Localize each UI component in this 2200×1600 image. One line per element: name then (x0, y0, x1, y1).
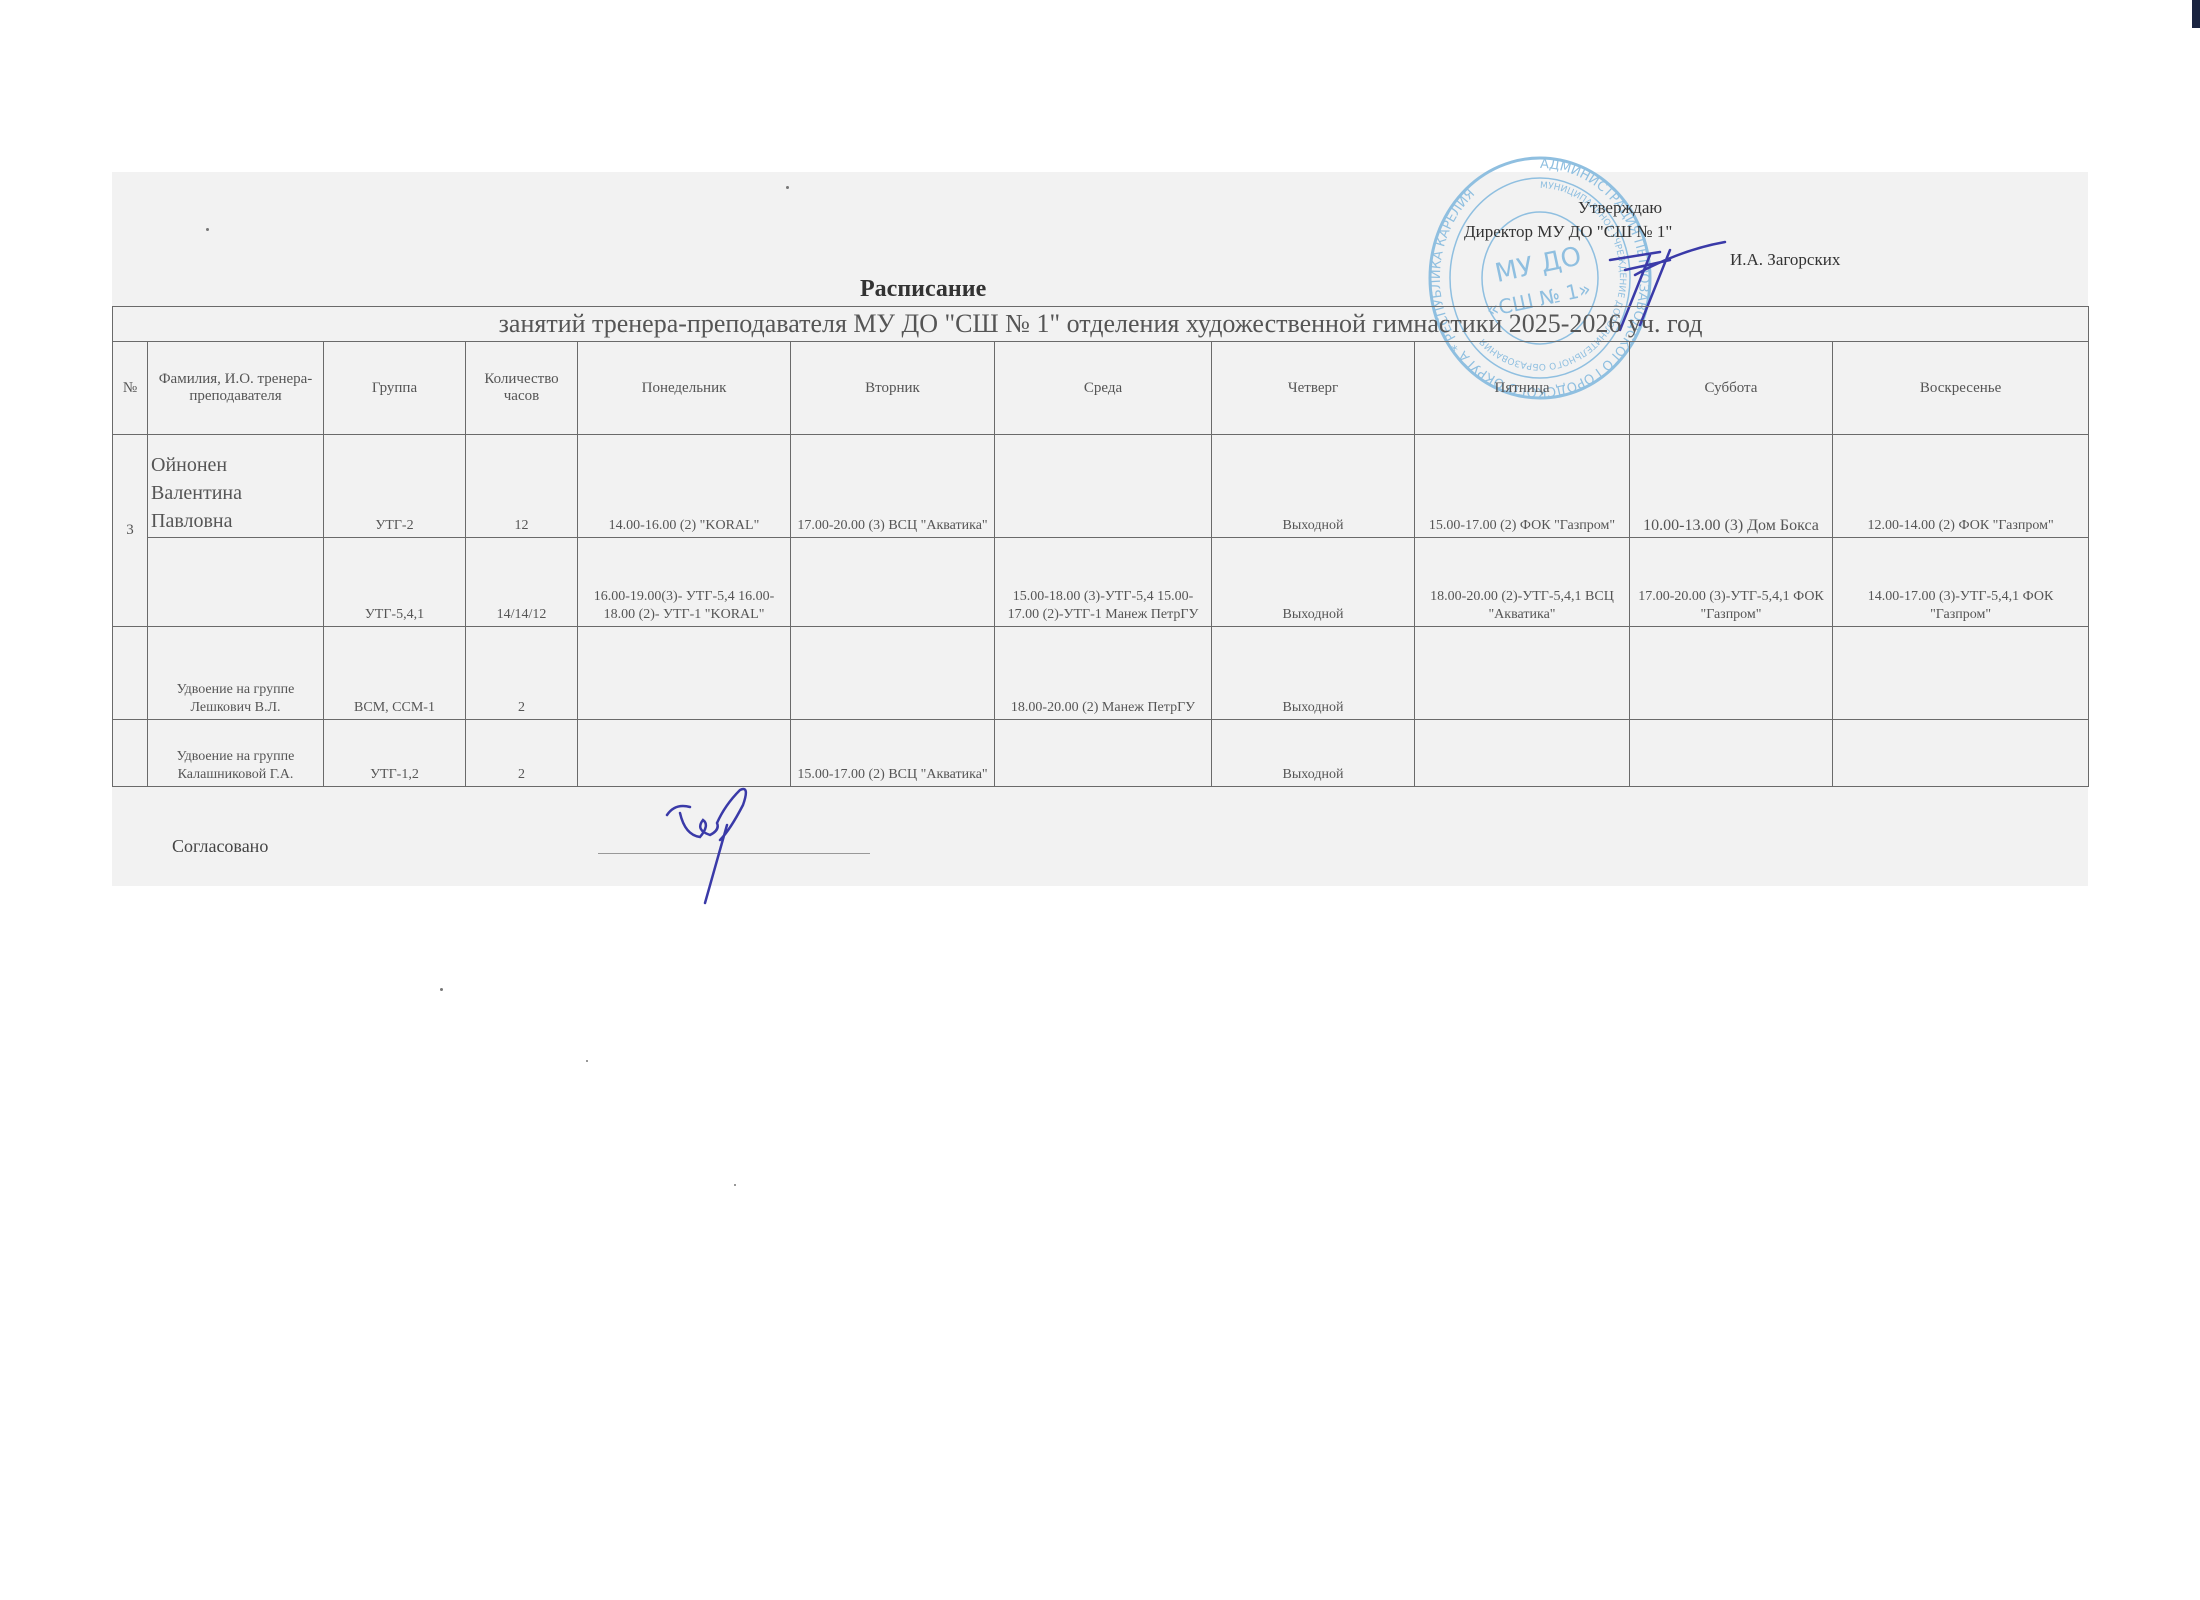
friday-cell: 18.00-20.00 (2)-УТГ-5,4,1 ВСЦ "Акватика" (1415, 538, 1630, 627)
hours-cell: 14/14/12 (466, 538, 578, 627)
monday-cell (578, 720, 791, 787)
hours-cell: 2 (466, 627, 578, 720)
header-wednesday: Среда (995, 342, 1212, 435)
row-number-empty (113, 720, 148, 787)
header-name: Фамилия, И.О. тренера-преподавателя (148, 342, 324, 435)
scan-speck (206, 228, 209, 231)
monday-cell (578, 627, 791, 720)
table-row: УТГ-5,4,1 14/14/12 16.00-19.00(3)- УТГ-5… (113, 538, 2089, 627)
table-row: 3 Ойнонен Валентина Павловна УТГ-2 12 14… (113, 435, 2089, 538)
document-title: Расписание (860, 276, 986, 303)
hours-cell: 2 (466, 720, 578, 787)
approval-heading: Утверждаю (1578, 198, 1662, 218)
header-friday: Пятница (1415, 342, 1630, 435)
header-monday: Понедельник (578, 342, 791, 435)
sunday-cell (1833, 720, 2089, 787)
hours-cell: 12 (466, 435, 578, 538)
saturday-cell (1630, 627, 1833, 720)
saturday-cell (1630, 720, 1833, 787)
agreement-signature-icon (655, 785, 795, 905)
header-saturday: Суббота (1630, 342, 1833, 435)
friday-cell (1415, 720, 1630, 787)
sunday-cell (1833, 627, 2089, 720)
header-tuesday: Вторник (791, 342, 995, 435)
header-group: Группа (324, 342, 466, 435)
group-cell: ВСМ, ССМ-1 (324, 627, 466, 720)
sunday-cell: 14.00-17.00 (3)-УТГ-5,4,1 ФОК "Газпром" (1833, 538, 2089, 627)
friday-cell: 15.00-17.00 (2) ФОК "Газпром" (1415, 435, 1630, 538)
wednesday-cell (995, 435, 1212, 538)
wednesday-cell (995, 720, 1212, 787)
thursday-cell: Выходной (1212, 720, 1415, 787)
thursday-cell: Выходной (1212, 627, 1415, 720)
friday-cell (1415, 627, 1630, 720)
document-subtitle: занятий тренера-преподавателя МУ ДО "СШ … (113, 307, 2089, 342)
scan-speck (440, 988, 443, 991)
trainer-name: Удвоение на группе Калашниковой Г.А. (148, 720, 324, 787)
tuesday-cell (791, 627, 995, 720)
tuesday-cell: 17.00-20.00 (3) ВСЦ "Акватика" (791, 435, 995, 538)
saturday-cell: 17.00-20.00 (3)-УТГ-5,4,1 ФОК "Газпром" (1630, 538, 1833, 627)
trainer-name: Ойнонен Валентина Павловна (148, 435, 324, 538)
table-row: Удвоение на группе Лешкович В.Л. ВСМ, СС… (113, 627, 2089, 720)
sunday-cell: 12.00-14.00 (2) ФОК "Газпром" (1833, 435, 2089, 538)
group-cell: УТГ-5,4,1 (324, 538, 466, 627)
schedule-table: занятий тренера-преподавателя МУ ДО "СШ … (112, 306, 2089, 787)
group-cell: УТГ-2 (324, 435, 466, 538)
tuesday-cell (791, 538, 995, 627)
row-number-empty (113, 627, 148, 720)
tuesday-cell: 15.00-17.00 (2) ВСЦ "Акватика" (791, 720, 995, 787)
table-header-row: № Фамилия, И.О. тренера-преподавателя Гр… (113, 342, 2089, 435)
scan-speck (734, 1184, 736, 1186)
trainer-name (148, 538, 324, 627)
monday-cell: 16.00-19.00(3)- УТГ-5,4 16.00-18.00 (2)-… (578, 538, 791, 627)
saturday-cell: 10.00-13.00 (3) Дом Бокса (1630, 435, 1833, 538)
agreed-label: Согласовано (172, 836, 268, 857)
scan-edge-mark (2192, 0, 2200, 28)
header-num: № (113, 342, 148, 435)
header-thursday: Четверг (1212, 342, 1415, 435)
header-hours: Количество часов (466, 342, 578, 435)
wednesday-cell: 15.00-18.00 (3)-УТГ-5,4 15.00-17.00 (2)-… (995, 538, 1212, 627)
wednesday-cell: 18.00-20.00 (2) Манеж ПетрГУ (995, 627, 1212, 720)
thursday-cell: Выходной (1212, 538, 1415, 627)
scan-speck (786, 186, 789, 189)
monday-cell: 14.00-16.00 (2) "KORAL" (578, 435, 791, 538)
thursday-cell: Выходной (1212, 435, 1415, 538)
approval-signatory: И.А. Загорских (1730, 250, 1840, 270)
header-sunday: Воскресенье (1833, 342, 2089, 435)
trainer-name: Удвоение на группе Лешкович В.Л. (148, 627, 324, 720)
row-number: 3 (113, 435, 148, 627)
scan-speck (586, 1060, 588, 1062)
table-row: Удвоение на группе Калашниковой Г.А. УТГ… (113, 720, 2089, 787)
group-cell: УТГ-1,2 (324, 720, 466, 787)
